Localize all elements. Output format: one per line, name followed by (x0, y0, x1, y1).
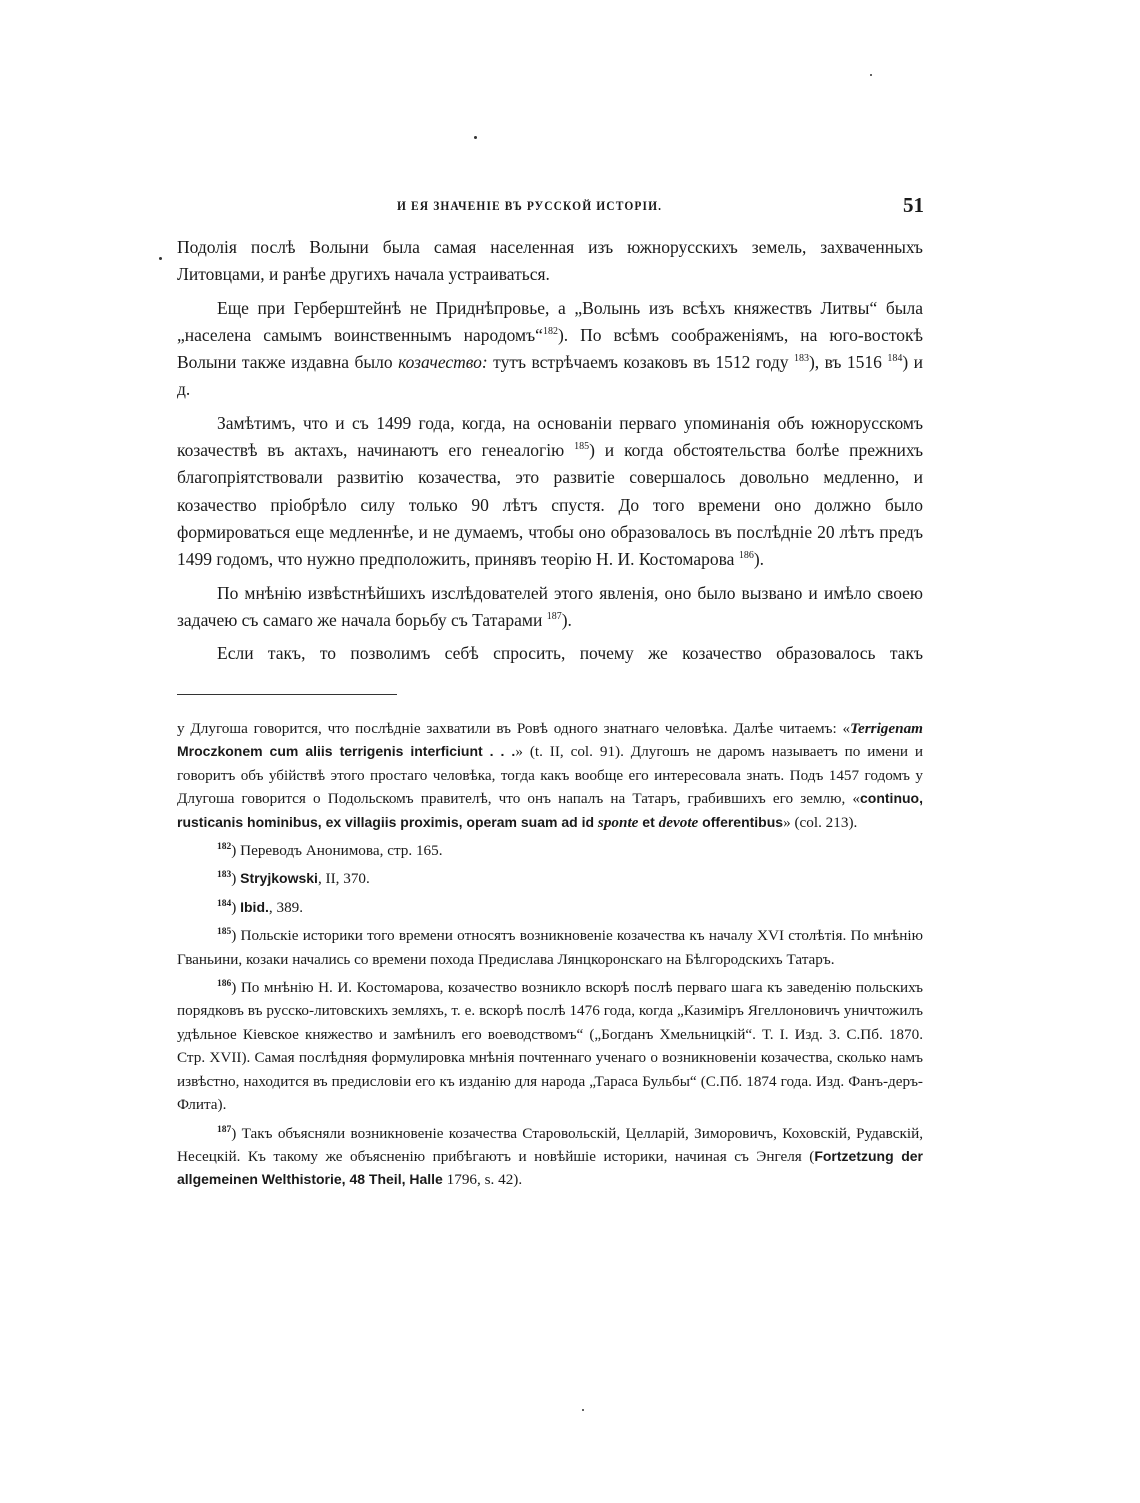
scan-speck (474, 136, 477, 139)
main-text: Подолія послѣ Волыни была самая населенн… (177, 234, 923, 673)
footnote-text: ) По мнѣнію Н. И. Костомарова, козачеств… (177, 979, 923, 1113)
footnote-text: 1796, s. 42). (443, 1171, 522, 1188)
text-run: ), въ 1516 (809, 352, 882, 372)
footnote-ref-185[interactable]: 185 (574, 441, 589, 452)
italic-term: козачество: (398, 352, 488, 372)
scan-speck (582, 1409, 584, 1411)
footnote-text: ) Переводъ Анонимова, стр. 165. (231, 842, 442, 859)
footnote-185: 185) Польскіе историки того времени отно… (177, 924, 923, 971)
scan-speck (870, 74, 872, 76)
footnote-187: 187) Такъ объясняли возникновеніе козаче… (177, 1122, 923, 1192)
paragraph-2: Еще при Герберштейнѣ не Приднѣпровье, а … (177, 295, 923, 404)
footnote-number: 187 (217, 1125, 231, 1135)
latin-quote: Mroczkonem cum aliis terrigenis interfic… (177, 743, 515, 759)
latin-italic: devote (659, 814, 699, 831)
book-page: и ея значеніе въ русской исторіи. 51 Под… (0, 0, 1140, 1503)
text-run: » (col. 213). (783, 814, 857, 831)
latin-italic: sponte (598, 814, 639, 831)
text-run: ). (562, 610, 572, 630)
footnote-184: 184) Ibid., 389. (177, 896, 923, 919)
page-number: 51 (903, 193, 924, 218)
scan-speck (159, 257, 162, 260)
latin-quote: offerentibus (698, 814, 783, 830)
footnote-number: 182 (217, 842, 231, 852)
paragraph-1: Подолія послѣ Волыни была самая населенн… (177, 234, 923, 289)
paragraph-4: По мнѣнію извѣстнѣйшихъ изслѣдователей э… (177, 580, 923, 635)
footnote-number: 184 (217, 899, 231, 909)
footnote-text: , II, 370. (318, 870, 370, 887)
latin-author: Ibid. (240, 899, 269, 915)
footnote-number: 185 (217, 927, 231, 937)
footnote-divider (177, 694, 397, 695)
paragraph-3: Замѣтимъ, что и съ 1499 года, когда, на … (177, 410, 923, 574)
footnote-text: ) Польскіе историки того времени относят… (177, 927, 923, 967)
latin-italic: Terrigenam (850, 720, 923, 737)
text-run: По мнѣнію извѣстнѣйшихъ изслѣдователей э… (177, 583, 923, 630)
footnote-ref-184[interactable]: 184 (887, 353, 902, 364)
footnote-183: 183) Stryjkowski, II, 370. (177, 867, 923, 890)
footnote-number: 183 (217, 870, 231, 880)
running-head: и ея значеніе въ русской исторіи. (397, 199, 662, 214)
paragraph-5: Если такъ, то позволимъ себѣ спросить, п… (177, 640, 923, 667)
latin-quote: et (638, 814, 658, 830)
text-run: ). (754, 549, 764, 569)
footnote-ref-187[interactable]: 187 (547, 611, 562, 622)
text-run: у Длугоша говорится, что послѣдніе захва… (177, 720, 850, 737)
footnote-text: , 389. (269, 899, 303, 916)
footnote-182: 182) Переводъ Анонимова, стр. 165. (177, 839, 923, 862)
footnote-continuation: у Длугоша говорится, что послѣдніе захва… (177, 717, 923, 834)
footnotes: у Длугоша говорится, что послѣдніе захва… (177, 717, 923, 1197)
text-run: тутъ встрѣчаемъ козаковъ въ 1512 году (488, 352, 789, 372)
footnote-ref-182[interactable]: 182 (543, 326, 558, 337)
footnote-ref-186[interactable]: 186 (739, 550, 754, 561)
footnote-text: ) Такъ объясняли возникновеніе козачеств… (177, 1125, 923, 1165)
page-header: и ея значеніе въ русской исторіи. 51 (177, 193, 924, 219)
footnote-number: 186 (217, 979, 231, 989)
footnote-186: 186) По мнѣнію Н. И. Костомарова, козаче… (177, 976, 923, 1116)
footnote-ref-183[interactable]: 183 (794, 353, 809, 364)
latin-author: Stryjkowski (240, 870, 318, 886)
